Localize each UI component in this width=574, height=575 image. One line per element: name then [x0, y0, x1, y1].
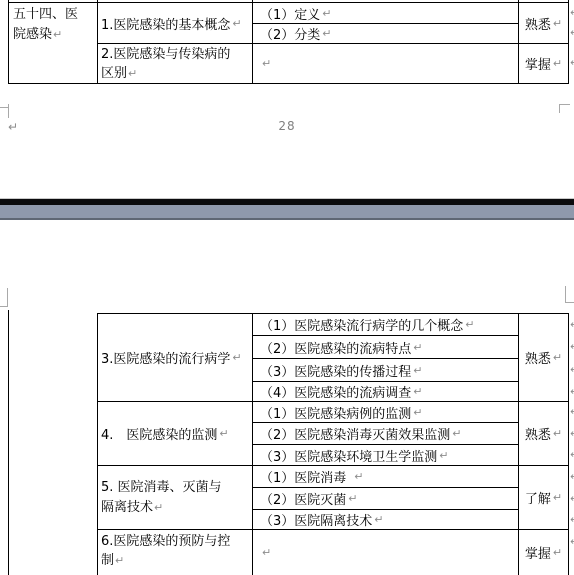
table-cell-mastery[interactable]: 掌握↵	[519, 44, 568, 83]
pilcrow-mark: ↵	[413, 365, 422, 376]
cell-text: （1）医院感染流行病学的几个概念	[260, 315, 463, 334]
row-end-mark: ↵	[570, 364, 574, 375]
table-cell-item[interactable]: （3）医院感染环境卫生学监测↵	[253, 445, 524, 465]
pilcrow-mark: ↵	[553, 547, 562, 558]
table-cell-item[interactable]: （3）医院隔离技术↵	[253, 510, 524, 529]
row-end-mark: ↵	[570, 341, 574, 352]
row-end-mark: ↵	[570, 449, 574, 460]
table-cell-mastery[interactable]: 了解↵	[519, 466, 568, 529]
table-cell-item[interactable]: （1）医院感染流行病学的几个概念↵	[253, 314, 524, 335]
table-border-line	[568, 313, 569, 575]
pilcrow-mark: ↵	[322, 28, 331, 39]
word-document-view: 五十四、医院感染↵ 1.医院感染的基本概念↵ （1）定义↵ （2）分类↵ 熟悉↵…	[0, 0, 574, 575]
pilcrow-mark: ↵	[115, 554, 124, 567]
pilcrow-mark: ↵	[413, 407, 422, 418]
cell-text: 2.医院感染与传染病的区别	[101, 47, 230, 81]
margin-crop-mark	[0, 306, 7, 307]
pilcrow-mark: ↵	[154, 501, 163, 514]
pilcrow-mark: ↵	[553, 58, 562, 69]
row-end-mark: ↵	[570, 319, 574, 330]
cell-text: （4）医院感染的流病调查	[260, 382, 411, 401]
pilcrow-mark: ↵	[219, 428, 228, 439]
margin-crop-mark	[8, 104, 9, 118]
table-cell-item[interactable]: （2）医院感染的流病特点↵	[253, 336, 524, 358]
cell-text: （2）医院感染的流病特点	[260, 338, 411, 357]
row-end-mark: ↵	[570, 386, 574, 397]
pilcrow-mark: ↵	[553, 428, 562, 439]
table-cell-mastery[interactable]: 掌握↵	[519, 530, 568, 575]
cell-text: （2）医院感染消毒灭菌效果监测	[260, 424, 450, 443]
cell-text: （1）医院消毒	[260, 467, 346, 486]
pilcrow-mark: ↵	[128, 67, 137, 80]
cell-text: 五十四、医院感染	[13, 7, 78, 42]
table-cell-item-empty[interactable]: ↵	[253, 44, 524, 83]
cell-text: （3）医院感染环境卫生学监测	[260, 446, 437, 465]
cell-text: 了解	[525, 488, 551, 507]
page2-top-edge	[0, 218, 574, 220]
cell-text: 掌握	[525, 54, 551, 73]
table-cell-topic-6[interactable]: 6.医院感染的预防与控制↵	[98, 530, 254, 575]
pilcrow-mark: ↵	[232, 18, 241, 29]
pilcrow-mark: ↵	[553, 352, 562, 363]
table-cell-item[interactable]: （2）医院感染消毒灭菌效果监测↵	[253, 423, 524, 444]
pilcrow-mark: ↵	[553, 18, 562, 29]
table-cell-item[interactable]: （4）医院感染的流病调查↵	[253, 382, 524, 401]
table-cell-topic-5[interactable]: 5. 医院消毒、灭菌与隔离技术↵	[98, 466, 254, 529]
cell-text: （3）医院感染的传播过程	[260, 361, 411, 380]
row-end-mark: ↵	[570, 493, 574, 504]
cell-text: （2）医院灭菌	[260, 489, 346, 508]
row-end-mark: ↵	[570, 514, 574, 525]
table-cell-topic-4[interactable]: 4. 医院感染的监测↵	[98, 402, 254, 465]
table-cell-section[interactable]: 五十四、医院感染↵	[9, 3, 100, 84]
table-cell-topic-2[interactable]: 2.医院感染与传染病的区别↵	[98, 44, 254, 83]
row-end-mark: ↵	[570, 406, 574, 417]
page-gap-band	[0, 205, 574, 218]
pilcrow-mark: ↵	[53, 28, 62, 41]
row-end-mark: ↵	[570, 7, 574, 18]
table-border-line	[8, 310, 9, 575]
table-cell-item[interactable]: （2）分类↵	[253, 24, 524, 43]
margin-crop-mark	[559, 104, 570, 105]
margin-crop-mark	[565, 286, 566, 303]
pilcrow-mark: ↵	[232, 352, 241, 363]
pilcrow-mark: ↵	[439, 450, 448, 461]
pilcrow-mark: ↵	[413, 386, 422, 397]
cell-text: 4. 医院感染的监测	[101, 424, 217, 443]
cell-text: （1）医院感染病例的监测	[260, 403, 411, 422]
cell-text: 掌握	[525, 543, 551, 562]
table-cell-mastery[interactable]: 熟悉↵	[519, 314, 568, 401]
cell-text: 熟悉	[525, 14, 551, 33]
pilcrow-mark: ↵	[413, 342, 422, 353]
table-border-line	[568, 0, 569, 83]
pilcrow-mark: ↵	[553, 492, 562, 503]
pilcrow-mark: ↵	[374, 514, 383, 525]
table-cell-item[interactable]: （1）医院感染病例的监测↵	[253, 402, 524, 422]
table-cell-item[interactable]: （2）医院灭菌↵	[253, 488, 524, 509]
table-cell-topic-3[interactable]: 3.医院感染的流行病学↵	[98, 314, 254, 401]
page-number: 28	[0, 119, 574, 133]
margin-crop-mark	[0, 107, 8, 108]
row-end-mark: ↵	[570, 27, 574, 38]
cell-text: 熟悉	[525, 348, 551, 367]
row-end-mark: ↵	[570, 428, 574, 439]
margin-crop-mark	[7, 288, 8, 307]
table-cell-topic-1[interactable]: 1.医院感染的基本概念↵	[98, 3, 254, 43]
cell-text: （3）医院隔离技术	[260, 510, 372, 529]
cell-text: （1）定义	[260, 4, 320, 23]
cell-text: 熟悉	[525, 424, 551, 443]
margin-crop-mark	[565, 302, 574, 303]
pilcrow-mark: ↵	[354, 471, 363, 482]
row-end-mark: ↵	[570, 471, 574, 482]
cell-text: （2）分类	[260, 24, 320, 43]
cell-text: 3.医院感染的流行病学	[101, 348, 230, 367]
pilcrow-mark: ↵	[262, 547, 271, 558]
table-cell-item[interactable]: （1）医院消毒↵	[253, 466, 524, 487]
margin-crop-mark	[559, 104, 560, 113]
pilcrow-mark: ↵	[348, 493, 357, 504]
pilcrow-mark: ↵	[322, 8, 331, 19]
table-cell-mastery[interactable]: 熟悉↵	[519, 3, 568, 43]
table-cell-item[interactable]: （3）医院感染的传播过程↵	[253, 359, 524, 381]
table-cell-mastery[interactable]: 熟悉↵	[519, 402, 568, 465]
table-cell-item[interactable]: （1）定义↵	[253, 3, 524, 23]
pilcrow-mark: ↵	[465, 319, 474, 330]
pilcrow-mark: ↵	[452, 428, 461, 439]
pilcrow-mark: ↵	[262, 58, 271, 69]
table-cell-item-empty[interactable]: ↵	[253, 530, 524, 575]
row-end-mark: ↵	[570, 536, 574, 547]
row-end-mark: ↵	[570, 57, 574, 68]
cell-text: 1.医院感染的基本概念	[101, 14, 230, 33]
